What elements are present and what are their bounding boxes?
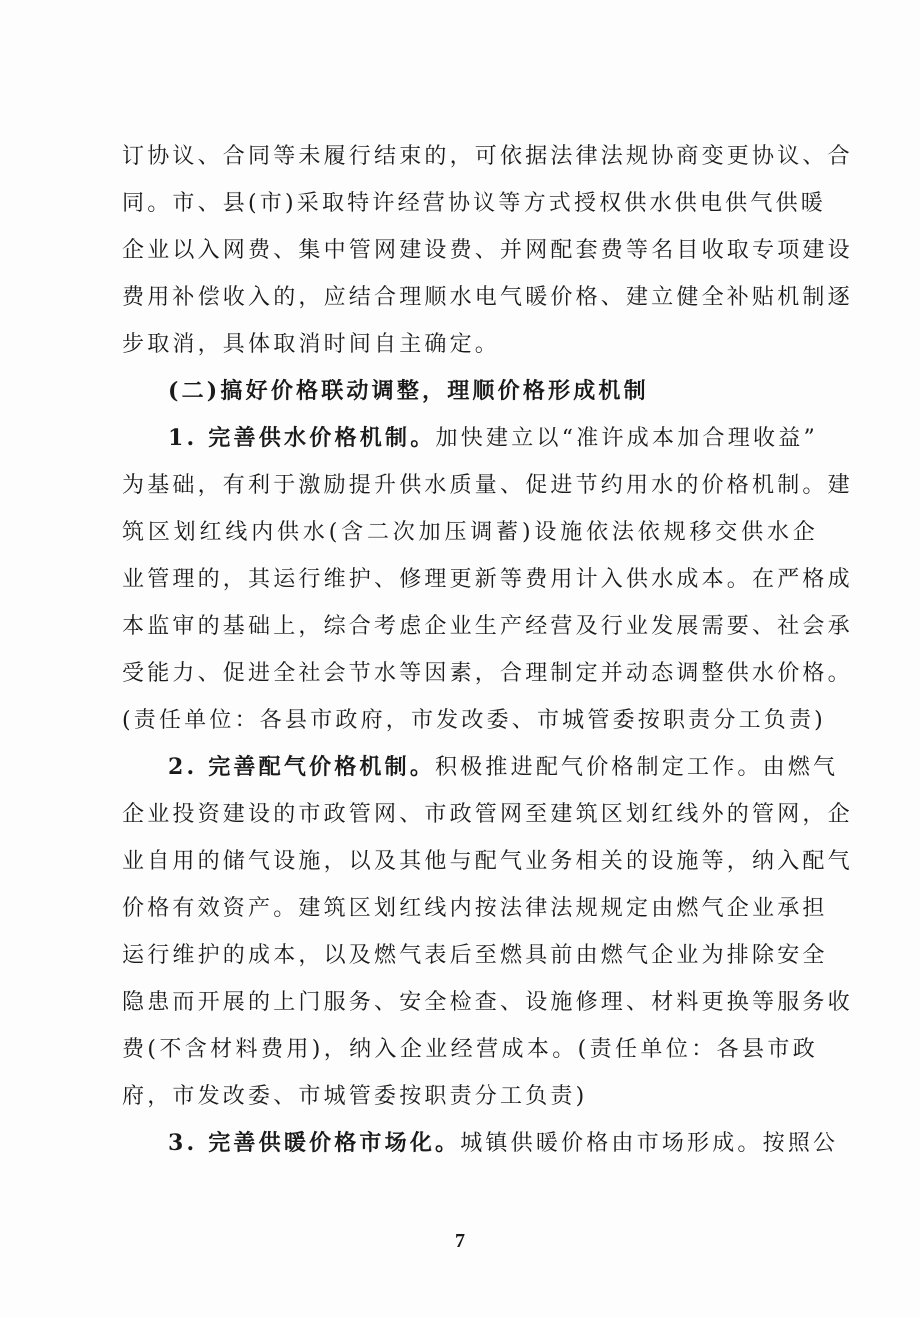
page-number: 7 bbox=[0, 1230, 920, 1253]
responsibility-note: 府，市发改委、市城管委按职责分工负责) bbox=[122, 1073, 818, 1120]
paragraph-line: 业自用的储气设施，以及其他与配气业务相关的设施等，纳入配气 bbox=[122, 838, 818, 885]
section-heading: (二)搞好价格联动调整，理顺价格形成机制 bbox=[122, 368, 818, 415]
item-3-title: 3. 完善供暖价格市场化。 bbox=[168, 1130, 460, 1156]
paragraph-line: 步取消，具体取消时间自主确定。 bbox=[122, 321, 818, 368]
paragraph-line: 费用补偿收入的，应结合理顺水电气暖价格、建立健全补贴机制逐 bbox=[122, 274, 818, 321]
paragraph-line: 筑区划红线内供水(含二次加压调蓄)设施依法依规移交供水企 bbox=[122, 509, 818, 556]
paragraph-line: 价格有效资产。建筑区划红线内按法律法规规定由燃气企业承担 bbox=[122, 885, 818, 932]
item-1-text: 加快建立以“准许成本加合理收益” bbox=[436, 426, 818, 451]
item-1-title: 1. 完善供水价格机制。 bbox=[168, 425, 436, 451]
paragraph-line: 隐患而开展的上门服务、安全检查、设施修理、材料更换等服务收 bbox=[122, 979, 818, 1026]
paragraph-line: 企业投资建设的市政管网、市政管网至建筑区划红线外的管网，企 bbox=[122, 791, 818, 838]
paragraph-line: 企业以入网费、集中管网建设费、并网配套费等名目收取专项建设 bbox=[122, 227, 818, 274]
item-1-first-line: 1. 完善供水价格机制。加快建立以“准许成本加合理收益” bbox=[122, 415, 818, 462]
paragraph-line: 为基础，有利于激励提升供水质量、促进节约用水的价格机制。建 bbox=[122, 462, 818, 509]
document-body: 订协议、合同等未履行结束的，可依据法律法规协商变更协议、合 同。市、县(市)采取… bbox=[122, 133, 818, 1167]
item-2-title: 2. 完善配气价格机制。 bbox=[168, 754, 435, 780]
item-2-text: 积极推进配气价格制定工作。由燃气 bbox=[435, 755, 838, 780]
paragraph-line: 受能力、促进全社会节水等因素，合理制定并动态调整供水价格。 bbox=[122, 650, 818, 697]
item-3-first-line: 3. 完善供暖价格市场化。城镇供暖价格由市场形成。按照公 bbox=[122, 1120, 818, 1167]
paragraph-line: 订协议、合同等未履行结束的，可依据法律法规协商变更协议、合 bbox=[122, 133, 818, 180]
document-page: 订协议、合同等未履行结束的，可依据法律法规协商变更协议、合 同。市、县(市)采取… bbox=[0, 0, 920, 1317]
paragraph-line: 同。市、县(市)采取特许经营协议等方式授权供水供电供气供暖 bbox=[122, 180, 818, 227]
item-2-first-line: 2. 完善配气价格机制。积极推进配气价格制定工作。由燃气 bbox=[122, 744, 818, 791]
paragraph-line: 费(不含材料费用)，纳入企业经营成本。(责任单位：各县市政 bbox=[122, 1026, 818, 1073]
paragraph-line: 运行维护的成本，以及燃气表后至燃具前由燃气企业为排除安全 bbox=[122, 932, 818, 979]
paragraph-line: 业管理的，其运行维护、修理更新等费用计入供水成本。在严格成 bbox=[122, 556, 818, 603]
paragraph-line: 本监审的基础上，综合考虑企业生产经营及行业发展需要、社会承 bbox=[122, 603, 818, 650]
responsibility-note: (责任单位：各县市政府，市发改委、市城管委按职责分工负责) bbox=[122, 697, 818, 744]
item-3-text: 城镇供暖价格由市场形成。按照公 bbox=[460, 1131, 838, 1156]
